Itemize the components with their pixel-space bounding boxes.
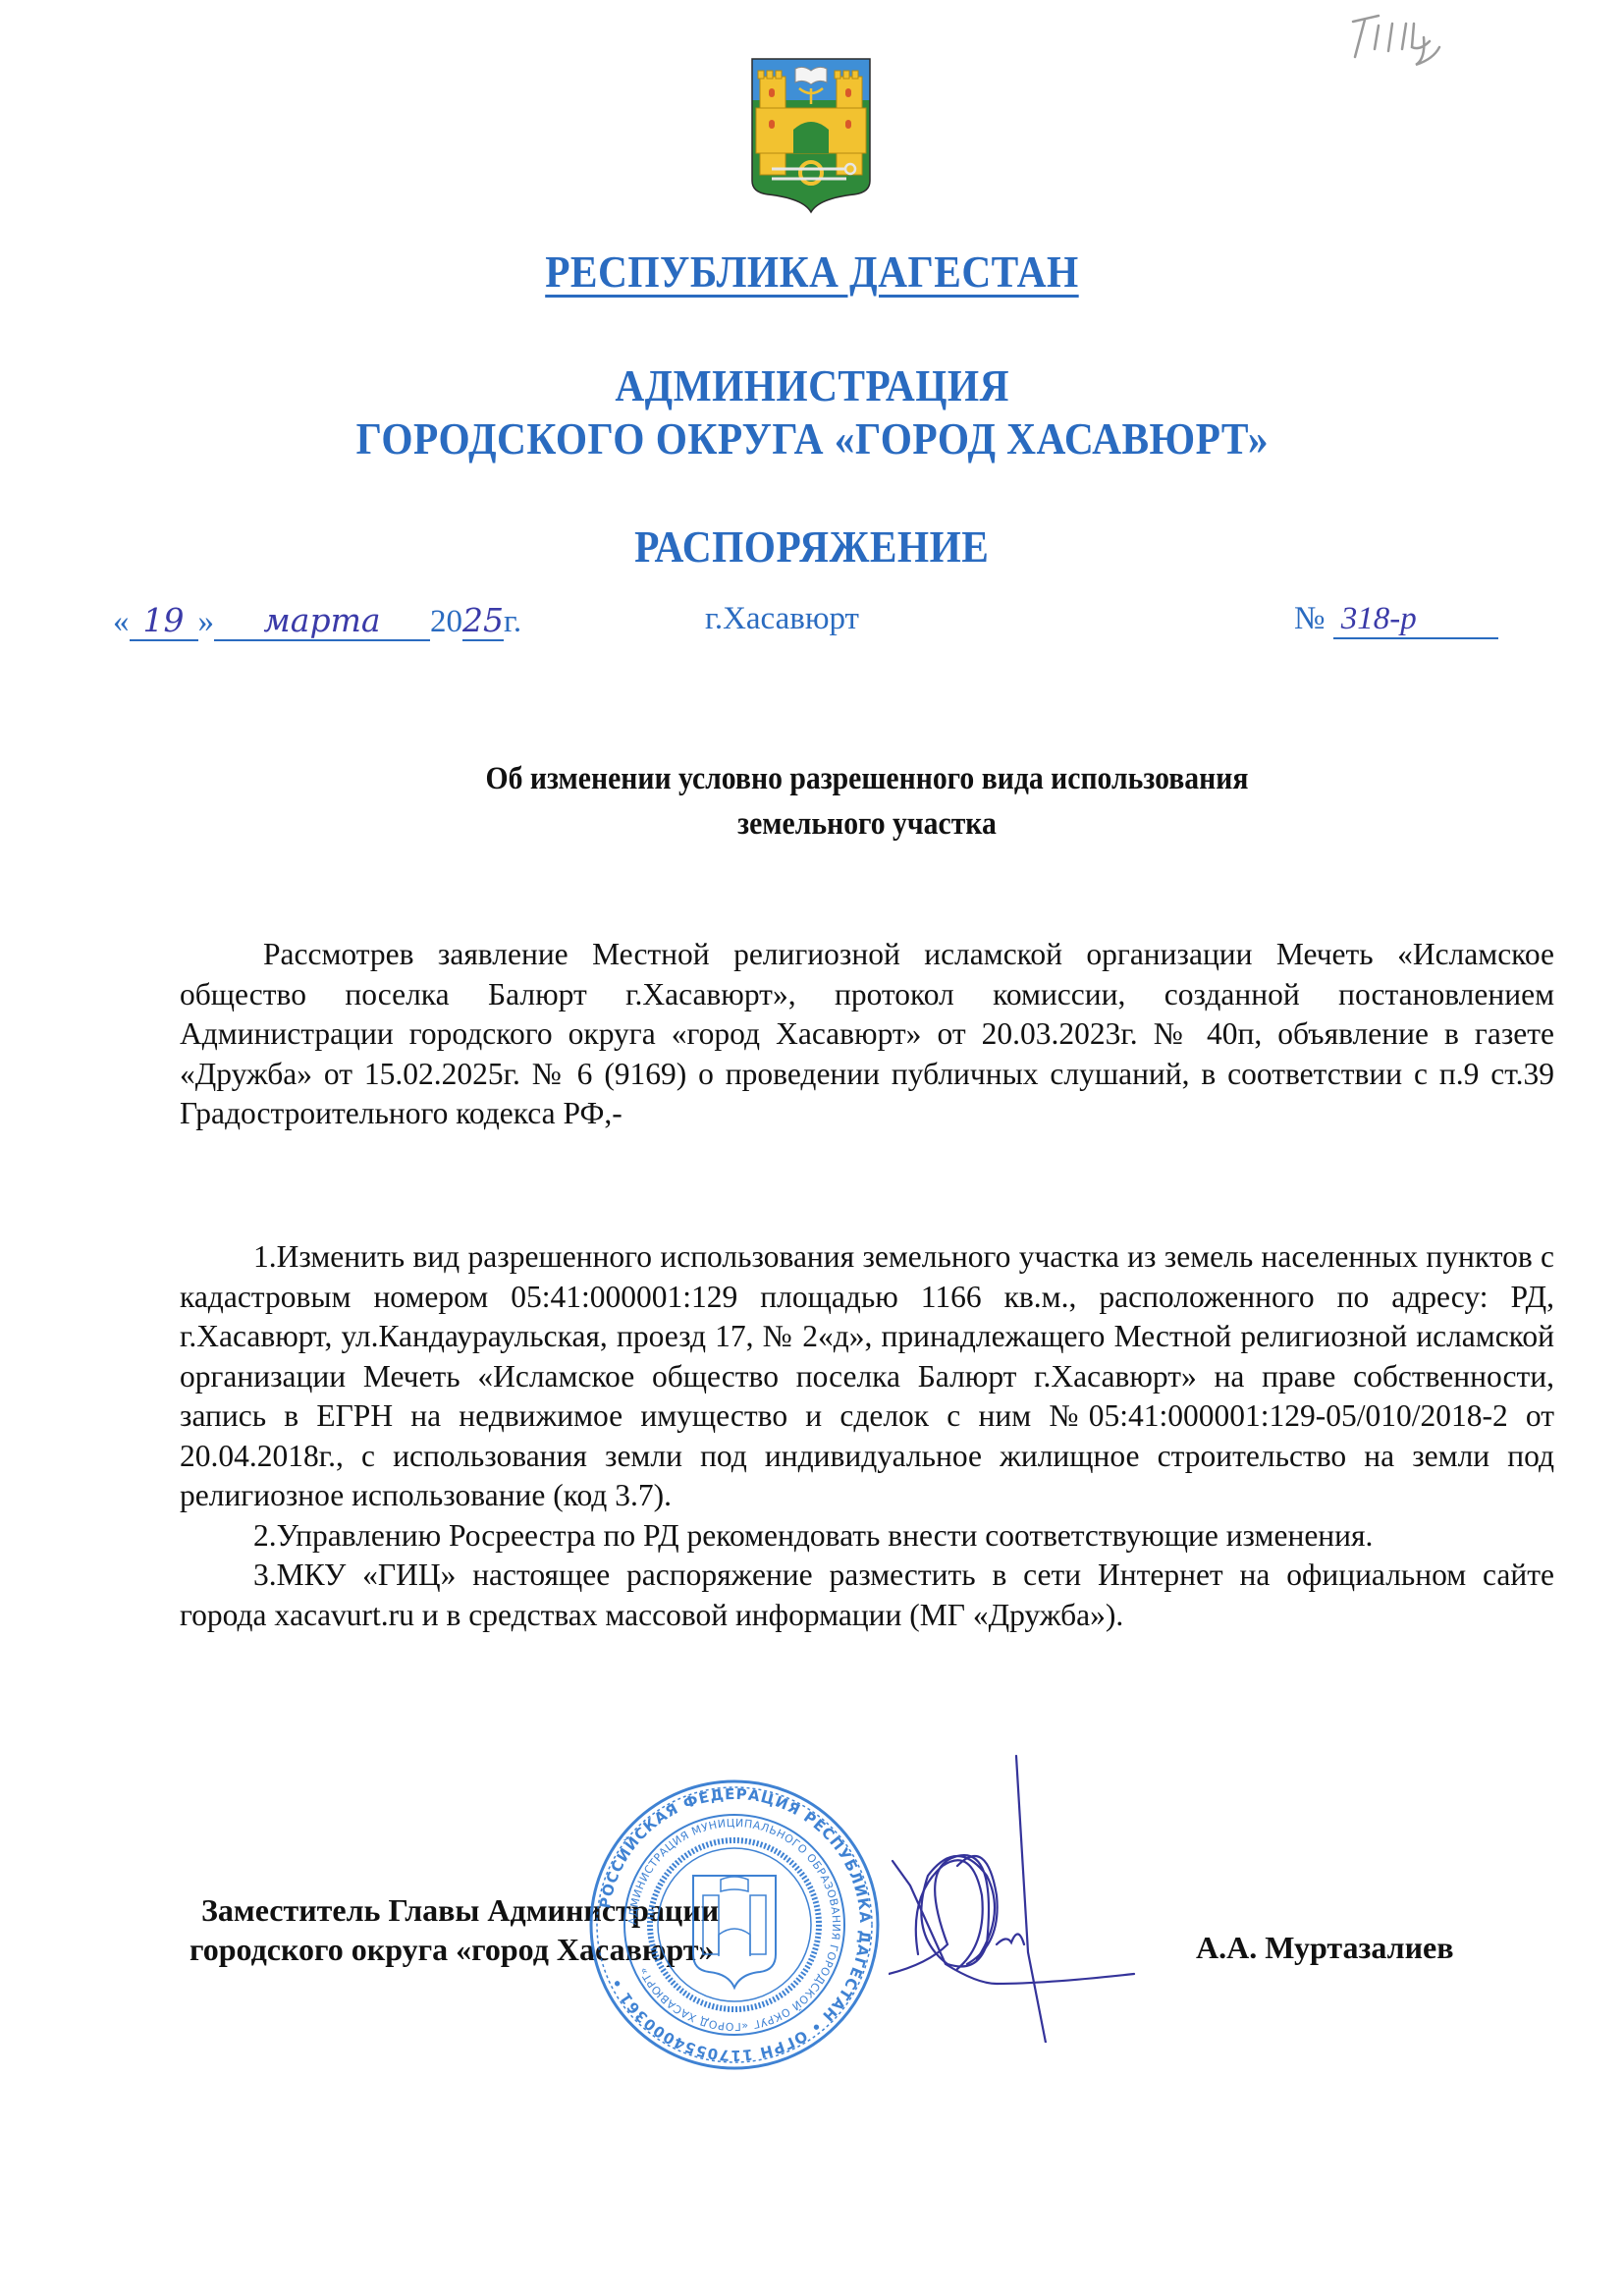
- header-administration-line1: АДМИНИСТРАЦИЯ: [615, 359, 1009, 411]
- document-title-line1: Об изменении условно разрешенного вида и…: [248, 756, 1486, 801]
- handwritten-note: ГИЦ: [1345, 8, 1463, 67]
- item-3-number: 3.: [253, 1558, 277, 1592]
- item-2-text: Управлению Росреестра по РД рекомендоват…: [277, 1518, 1374, 1553]
- document-title: Об изменении условно разрешенного вида и…: [180, 756, 1554, 847]
- item-2-number: 2.: [253, 1518, 277, 1553]
- date-close-quote: »: [198, 604, 215, 639]
- document-title-line2: земельного участка: [248, 801, 1486, 847]
- handwritten-signature: [889, 1748, 1213, 2043]
- document-items: 1.Изменить вид разрешенного использовани…: [180, 1237, 1554, 1635]
- item-1: 1.Изменить вид разрешенного использовани…: [180, 1237, 1554, 1516]
- item-1-number: 1.: [253, 1239, 277, 1274]
- header-city-district: ГОРОДСКОГО ОКРУГА «ГОРОД ХАСАВЮРТ»: [0, 412, 1624, 465]
- number-label: №: [1294, 601, 1326, 636]
- svg-text:ГИЦ: ГИЦ: [1345, 8, 1347, 9]
- document-date: «19»марта2025г.: [113, 601, 521, 650]
- number-value: 318-р: [1333, 601, 1498, 639]
- date-month: марта: [214, 601, 430, 641]
- item-3: 3.МКУ «ГИЦ» настоящее распоряжение разме…: [180, 1556, 1554, 1635]
- official-stamp-icon: РОССИЙСКАЯ ФЕДЕРАЦИЯ РЕСПУБЛИКА ДАГЕСТАН…: [587, 1777, 882, 2072]
- date-day: 19: [130, 601, 198, 641]
- header-administration: АДМИНИСТРАЦИЯ: [0, 359, 1624, 411]
- signer-name: А.А. Муртазалиев: [1196, 1930, 1454, 1966]
- header-republic-text: РЕСПУБЛИКА ДАГЕСТАН: [545, 246, 1078, 298]
- header-administration-line2: ГОРОДСКОГО ОКРУГА «ГОРОД ХАСАВЮРТ»: [355, 412, 1268, 465]
- preamble-paragraph: Рассмотрев заявление Местной религиозной…: [180, 935, 1554, 1134]
- document-type-text: РАСПОРЯЖЕНИЕ: [634, 520, 989, 573]
- document-city: г.Хасавюрт: [705, 601, 859, 650]
- date-year-unit: г.: [504, 604, 521, 639]
- document-number: № 318-р: [1294, 601, 1498, 650]
- header-republic: РЕСПУБЛИКА ДАГЕСТАН: [0, 246, 1624, 298]
- item-2: 2.Управлению Росреестра по РД рекомендов…: [180, 1516, 1554, 1557]
- date-year-prefix: 20: [430, 604, 462, 639]
- item-1-text: Изменить вид разрешенного использования …: [180, 1239, 1554, 1512]
- coat-of-arms-emblem: [748, 55, 874, 214]
- date-year-suffix: 25: [462, 601, 504, 641]
- document-preamble: Рассмотрев заявление Местной религиозной…: [180, 935, 1554, 1134]
- date-open-quote: «: [113, 604, 130, 639]
- item-3-text: МКУ «ГИЦ» настоящее распоряжение размест…: [180, 1558, 1554, 1632]
- document-type: РАСПОРЯЖЕНИЕ: [0, 520, 1624, 573]
- svg-text:АДМИНИСТРАЦИЯ МУНИЦИПАЛЬНОГО О: АДМИНИСТРАЦИЯ МУНИЦИПАЛЬНОГО ОБРАЗОВАНИЯ…: [626, 1817, 842, 2033]
